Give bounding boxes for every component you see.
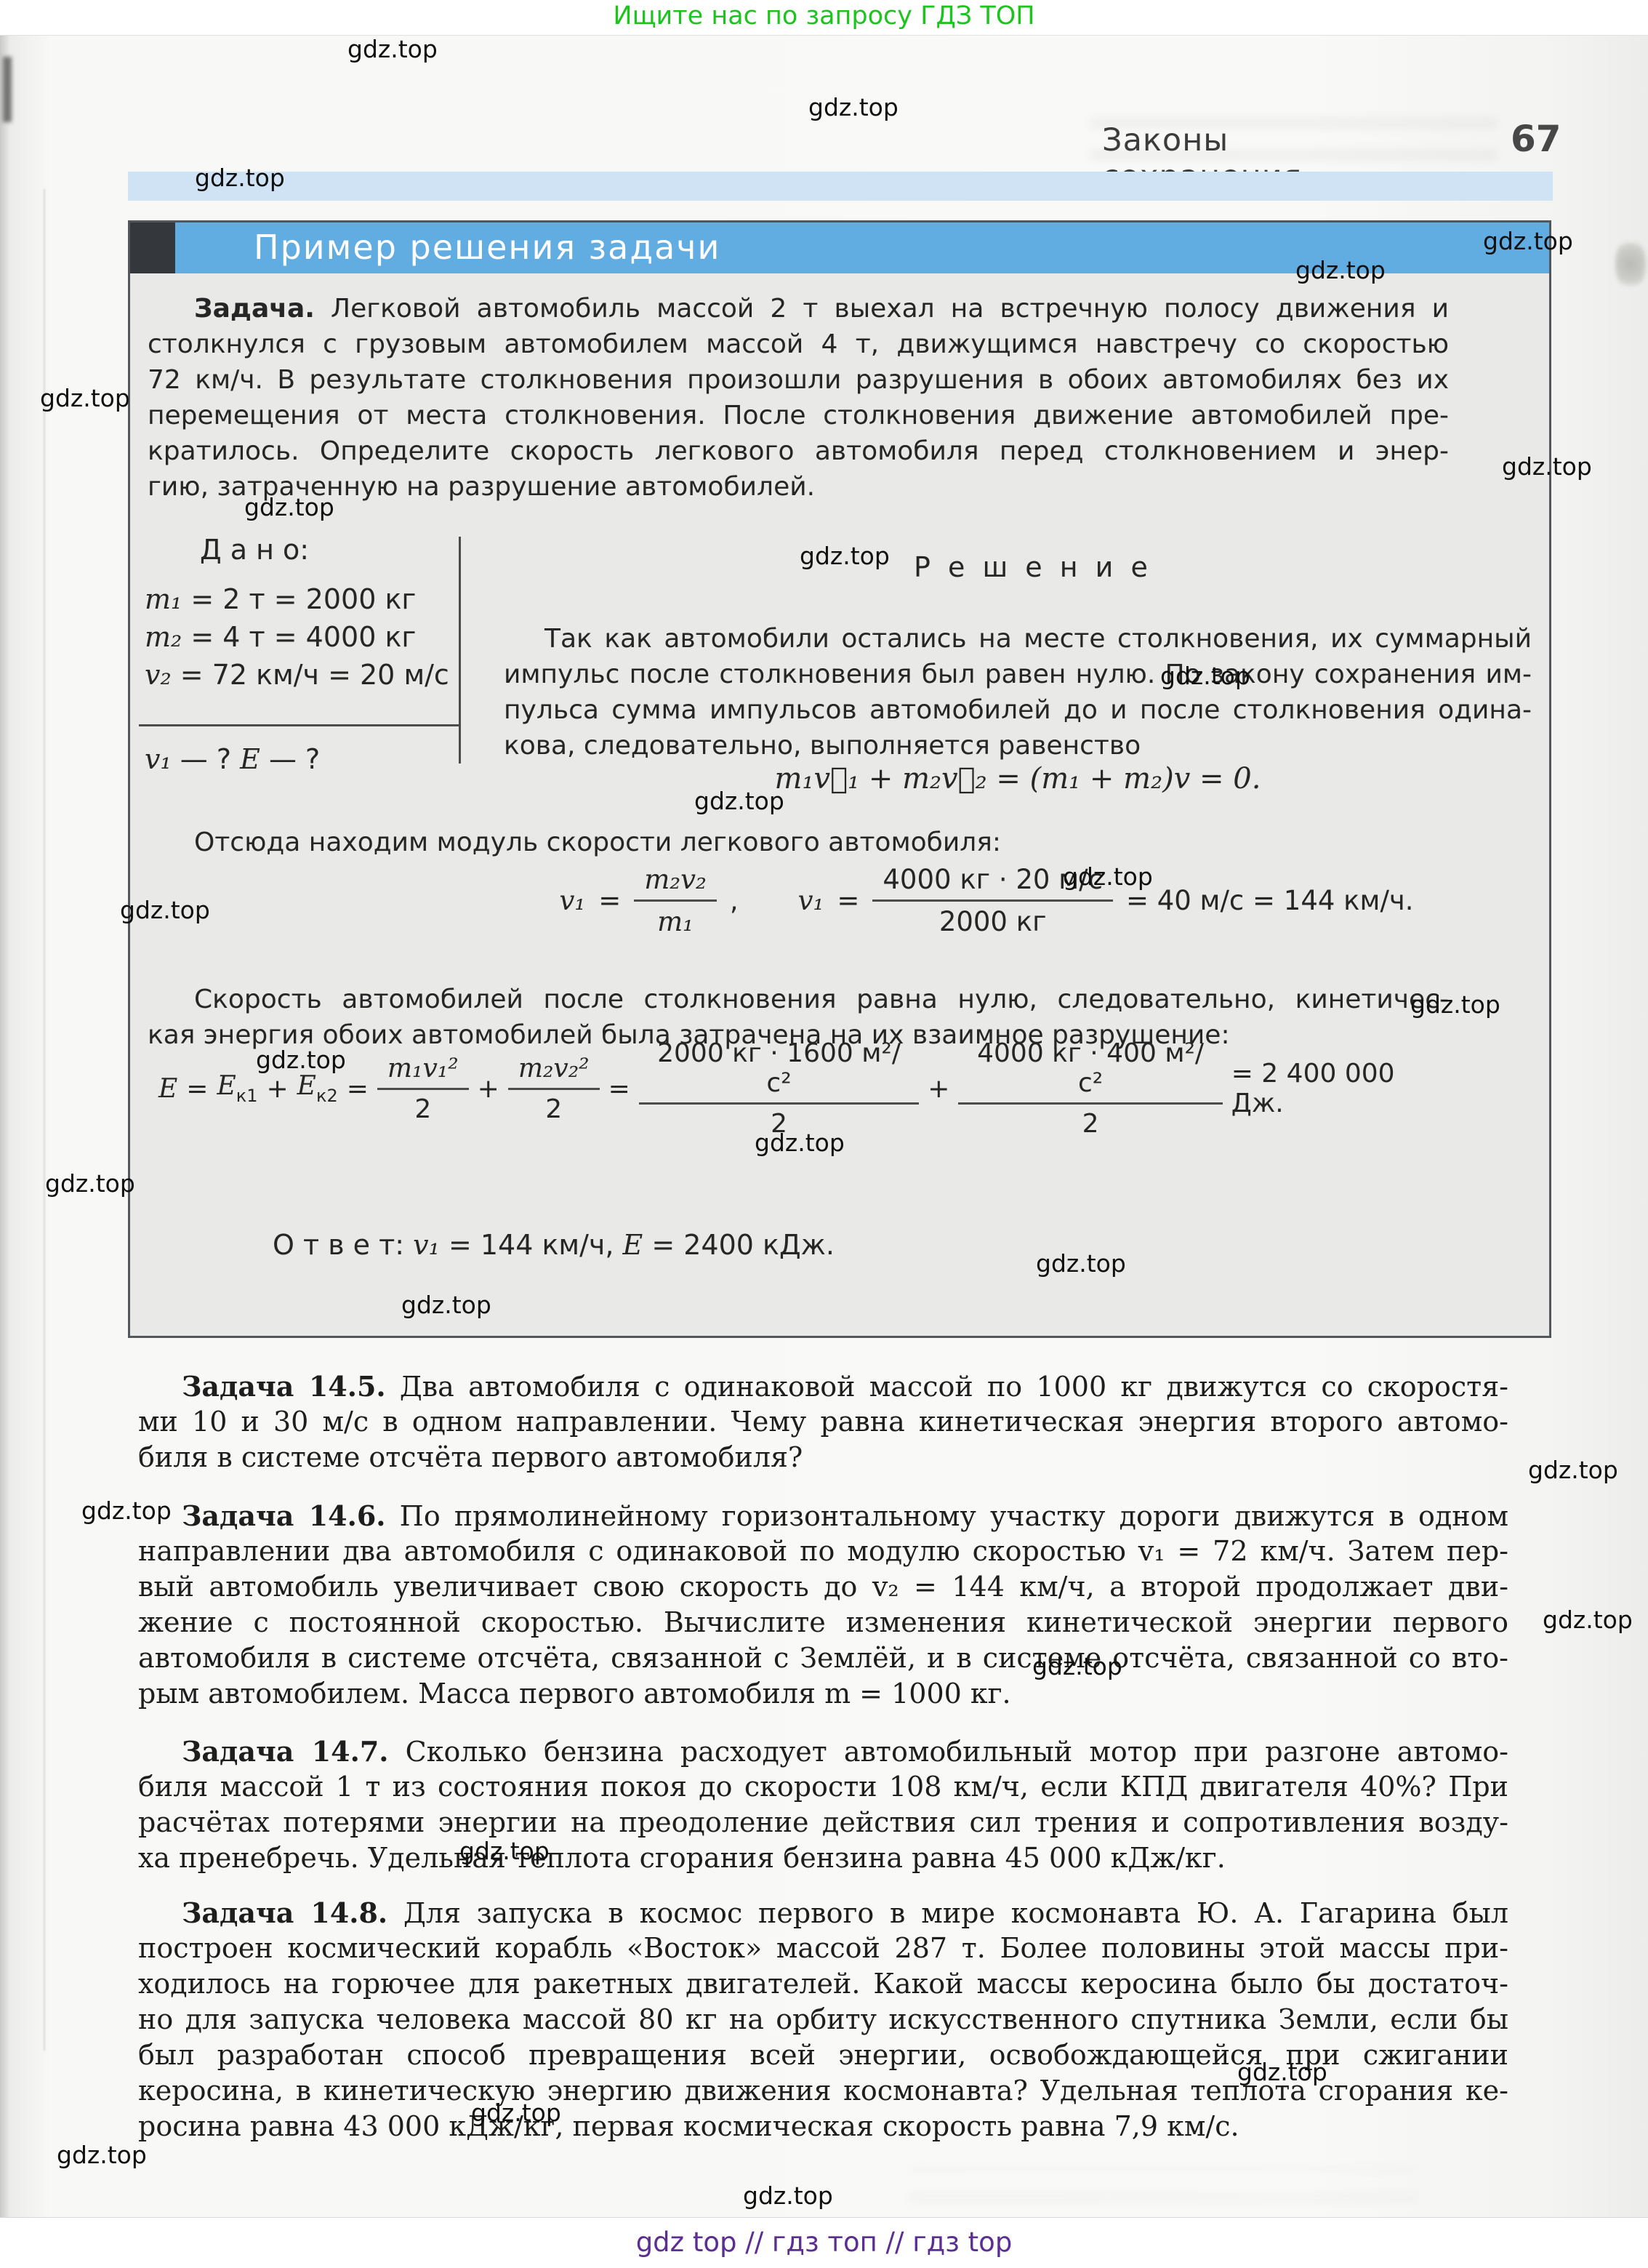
watermark: gdz.top [195,164,285,192]
watermark: gdz.top [1528,1456,1618,1484]
task-14-5-line: Задача 14.5. Два автомобиля с одинаковой… [138,1369,1508,1404]
given-row: v₂ = 72 км/ч = 20 м/с [145,656,449,694]
find-row: v₁ — ? E — ? [145,740,320,778]
energy-term: Eк2 [297,1071,338,1106]
task-14-7-line: Задача 14.7. Сколько бензина расходует а… [138,1734,1508,1769]
example-box-header-corner [130,223,175,273]
watermark: gdz.top [694,787,784,815]
watermark: gdz.top [347,35,438,63]
watermark: gdz.top [45,1169,135,1198]
header-rule-bar [128,172,1553,201]
given-solution-separator [459,537,461,764]
watermark: gdz.top [1237,2058,1327,2086]
given-row: m₁ = 2 т = 2000 кг [145,580,449,618]
fraction: m₁v₁²2 [377,1052,469,1126]
watermark: gdz.top [755,1129,845,1157]
given-divider-line [139,724,459,726]
given-title: Д а н о: [200,534,309,566]
watermark: gdz.top [256,1046,346,1074]
binding-shadow [3,57,12,122]
promo-banner-text: Ищите нас по запросу ГДЗ ТОП [0,1,1648,31]
watermark: gdz.top [57,2141,147,2169]
energy-term: Eк1 [217,1071,257,1106]
watermark: gdz.top [1032,1652,1122,1680]
given-row: m₂ = 4 т = 4000 кг [145,618,449,656]
watermark: gdz.top [743,2181,833,2210]
solution-text: Так как автомобили остались на месте сто… [504,621,1532,764]
watermark: gdz.top [1410,990,1500,1019]
task-label: Задача 14.8. [182,1896,387,1929]
fraction: 2000 кг · 1600 м²/с²2 [639,1037,919,1140]
scan-artifact [1615,237,1646,291]
task-label: Задача 14.6. [182,1499,386,1532]
bleedthrough-ghost [909,2167,1418,2203]
scanned-textbook-page: Ищите нас по запросу ГДЗ ТОП Законы сохр… [0,0,1648,2268]
watermark: gdz.top [1295,256,1386,284]
watermark: gdz.top [40,384,130,412]
answer-line: О т в е т: v₁ = 144 км/ч, E = 2400 кДж. [273,1229,835,1261]
footer-site-links: gdz top // гдз топ // гдз top [0,2227,1648,2258]
watermark: gdz.top [1063,862,1153,891]
watermark: gdz.top [1036,1249,1126,1278]
velocity-equation: v₁ = m₂v₂m₁ , v₁ = 4000 кг · 20 м/с2000 … [421,862,1552,939]
watermark: gdz.top [120,896,210,924]
watermark: gdz.top [808,93,899,121]
solution-title: Р е ш е н и е [914,551,1152,583]
worked-example-box: Пример решения задачи Задача. Легковой а… [128,220,1551,1338]
watermark: gdz.top [1502,452,1592,481]
problem-label: Задача. [194,294,315,324]
momentum-equation: m₁v⃗₁ + m₂v⃗₂ = (m₁ + m₂)v = 0. [504,762,1532,796]
watermark: gdz.top [800,542,890,570]
watermark: gdz.top [459,1837,550,1865]
watermark: gdz.top [1543,1606,1633,1634]
energy-equation: E = Eк1 + Eк2 = m₁v₁²2 + m₂v₂²2 = 2000 к… [158,1037,1449,1140]
problem-statement: Задача. Легковой автомобиль массой 2 т в… [148,291,1449,505]
watermark: gdz.top [1483,227,1573,255]
derivation-sentence: Отсюда находим модуль скорости легкового… [148,825,1449,860]
task-14-6-line: Задача 14.6. По прямолинейному горизонта… [138,1498,1508,1534]
example-box-title: Пример решения задачи [254,223,720,273]
watermark: gdz.top [81,1496,172,1525]
fraction: m₂v₂m₁ [634,862,717,939]
watermark: gdz.top [244,493,334,521]
task-14-8-line: Задача 14.8. Для запуска в космос первог… [138,1895,1508,1931]
task-label: Задача 14.5. [182,1370,386,1403]
fraction: m₂v₂²2 [508,1052,600,1126]
watermark: gdz.top [471,2099,561,2127]
fraction: 4000 кг · 400 м²/с²2 [958,1037,1222,1140]
given-values: m₁ = 2 т = 2000 кг m₂ = 4 т = 4000 кг v₂… [145,580,449,694]
watermark: gdz.top [1160,662,1250,690]
watermark: gdz.top [401,1291,491,1319]
page-crease [44,189,45,2051]
task-label: Задача 14.7. [182,1735,389,1768]
page-number: 67 [1511,118,1561,160]
